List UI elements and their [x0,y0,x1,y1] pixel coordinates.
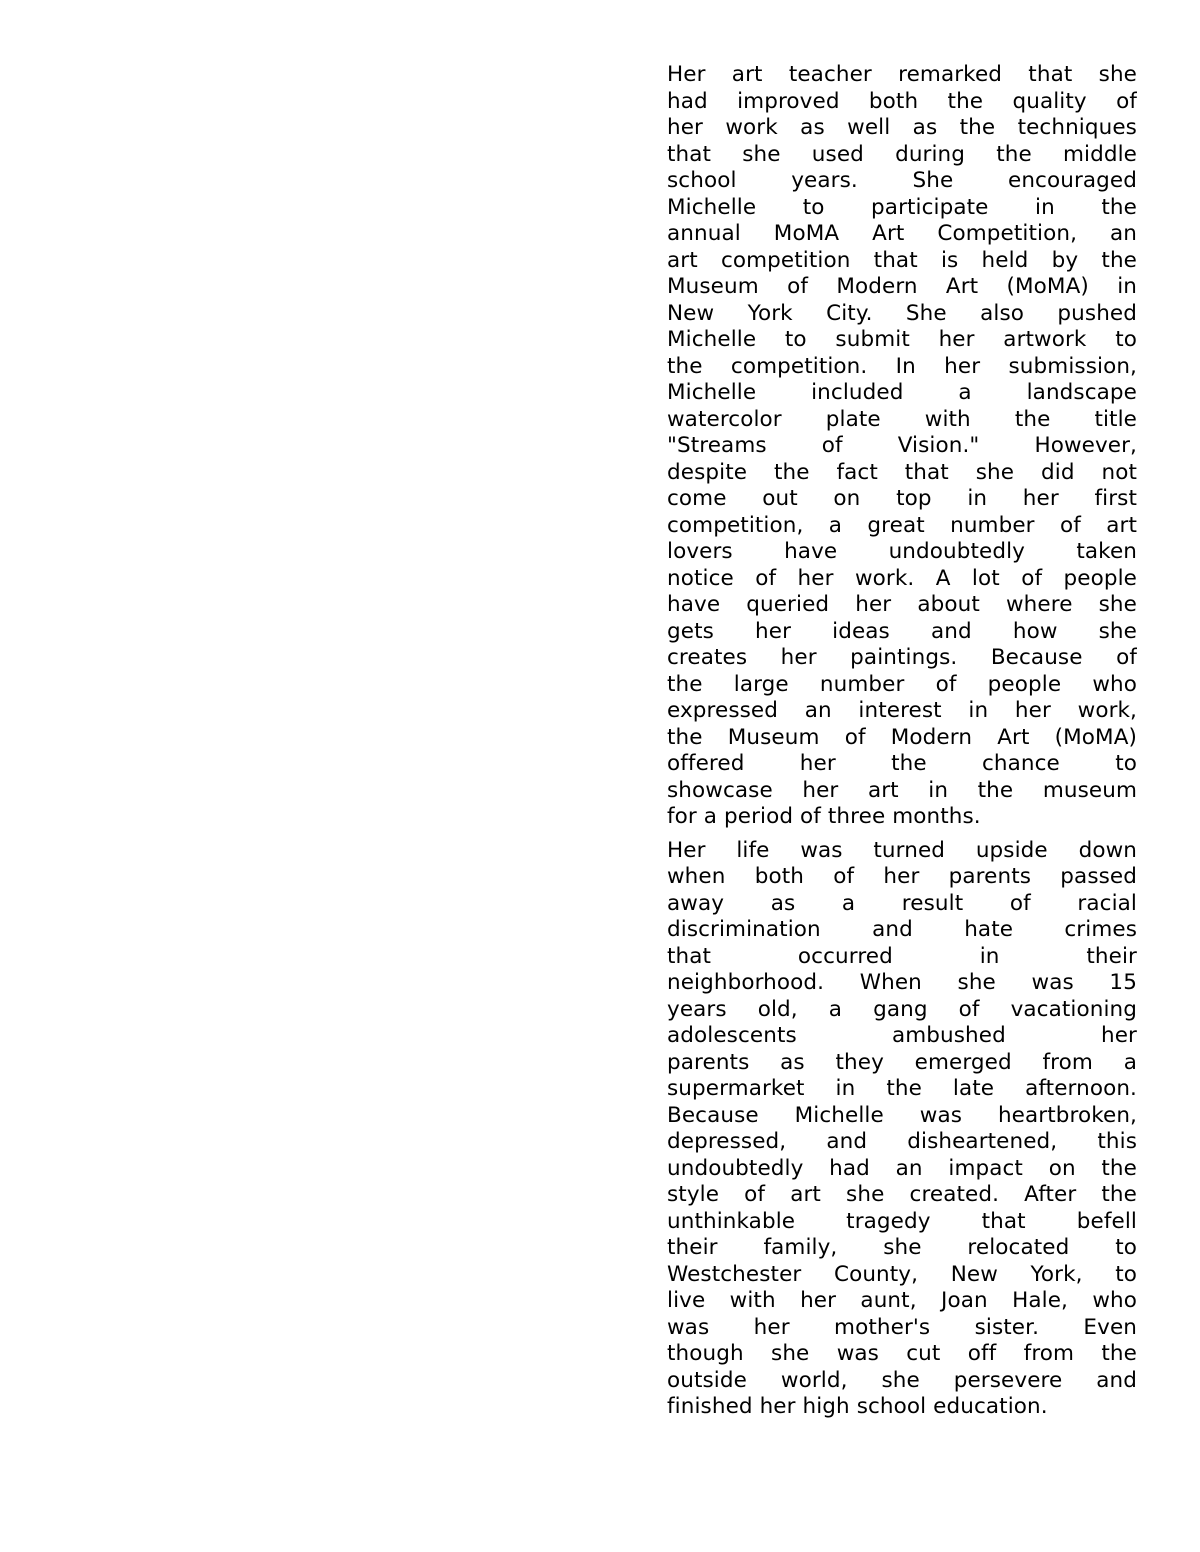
text-line: away as a result of racial [667,891,1137,918]
text-line: her work as well as the techniques [667,115,1137,142]
text-line: had improved both the quality of [667,89,1137,116]
text-line: outside world, she persevere and [667,1368,1137,1395]
text-line: come out on top in her first [667,486,1137,513]
text-line: despite the fact that she did not [667,460,1137,487]
text-line: adolescents ambushed her [667,1023,1137,1050]
text-line: the Museum of Modern Art (MoMA) [667,725,1137,752]
text-line: school years. She encouraged [667,168,1137,195]
text-line: the competition. In her submission, [667,354,1137,381]
text-line: gets her ideas and how she [667,619,1137,646]
text-line: art competition that is held by the [667,248,1137,275]
text-line: Michelle to submit her artwork to [667,327,1137,354]
text-line: supermarket in the late afternoon. [667,1076,1137,1103]
text-line: the large number of people who [667,672,1137,699]
text-line: live with her aunt, Joan Hale, who [667,1288,1137,1315]
text-line: competition, a great number of art [667,513,1137,540]
text-line: offered her the chance to [667,751,1137,778]
text-line: Michelle included a landscape [667,380,1137,407]
text-line: Westchester County, New York, to [667,1262,1137,1289]
text-line: Her art teacher remarked that she [667,62,1137,89]
paragraph-art-competition: Her art teacher remarked that shehad imp… [667,62,1137,831]
paragraph-family-tragedy: Her life was turned upside downwhen both… [667,838,1137,1421]
text-line: have queried her about where she [667,592,1137,619]
text-line: neighborhood. When she was 15 [667,970,1137,997]
text-line: when both of her parents passed [667,864,1137,891]
text-line: discrimination and hate crimes [667,917,1137,944]
text-line: Her life was turned upside down [667,838,1137,865]
text-line: parents as they emerged from a [667,1050,1137,1077]
text-line: that she used during the middle [667,142,1137,169]
text-line: Museum of Modern Art (MoMA) in [667,274,1137,301]
text-line: Because Michelle was heartbroken, [667,1103,1137,1130]
text-line: lovers have undoubtedly taken [667,539,1137,566]
text-line: their family, she relocated to [667,1235,1137,1262]
text-column: Her art teacher remarked that shehad imp… [667,62,1137,1421]
text-line: was her mother's sister. Even [667,1315,1137,1342]
text-line: unthinkable tragedy that befell [667,1209,1137,1236]
text-line: depressed, and disheartened, this [667,1129,1137,1156]
text-line: for a period of three months. [667,804,1137,831]
document-page: Her art teacher remarked that shehad imp… [0,0,1200,1552]
text-line: showcase her art in the museum [667,778,1137,805]
text-line: though she was cut off from the [667,1341,1137,1368]
text-line: undoubtedly had an impact on the [667,1156,1137,1183]
text-line: watercolor plate with the title [667,407,1137,434]
text-line: creates her paintings. Because of [667,645,1137,672]
text-line: annual MoMA Art Competition, an [667,221,1137,248]
text-line: style of art she created. After the [667,1182,1137,1209]
text-line: that occurred in their [667,944,1137,971]
text-line: years old, a gang of vacationing [667,997,1137,1024]
text-line: finished her high school education. [667,1394,1137,1421]
text-line: notice of her work. A lot of people [667,566,1137,593]
text-line: Michelle to participate in the [667,195,1137,222]
text-line: "Streams of Vision." However, [667,433,1137,460]
text-line: expressed an interest in her work, [667,698,1137,725]
text-line: New York City. She also pushed [667,301,1137,328]
